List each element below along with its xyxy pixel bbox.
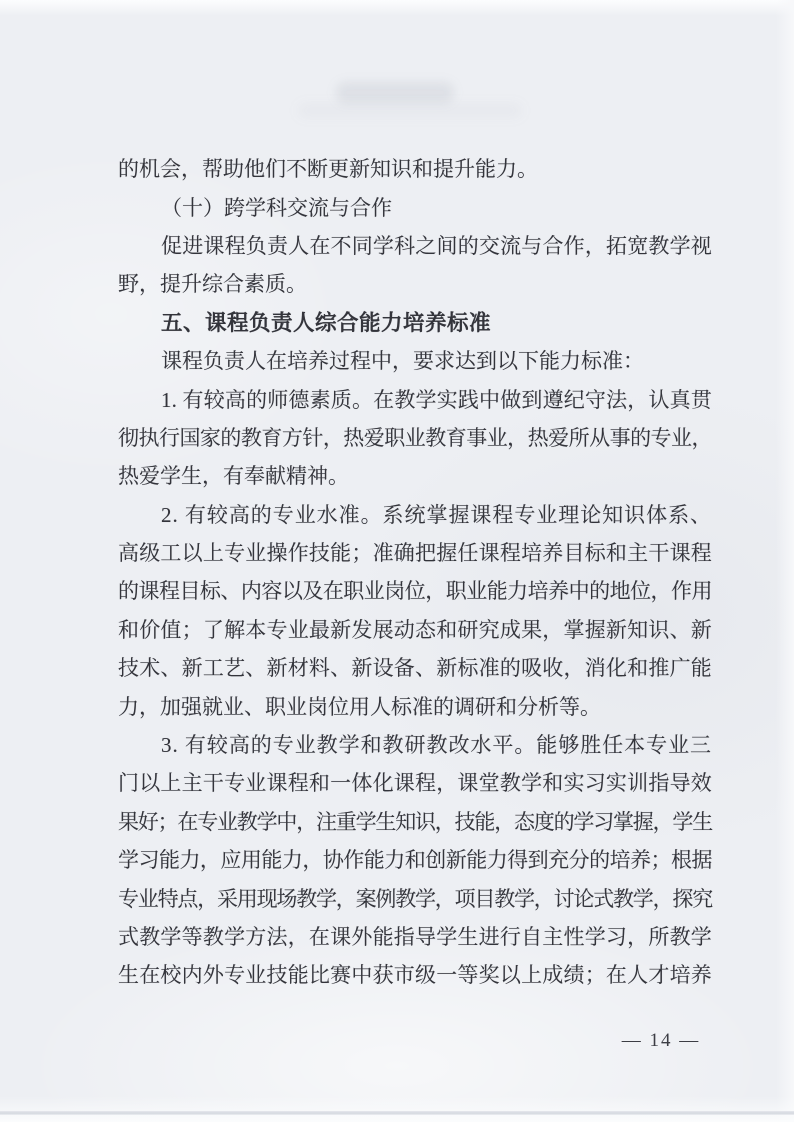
text-line: 门以上主干专业课程和一体化课程，课堂教学和实习实训指导效 (118, 763, 712, 801)
text-line-content: 学习能力，应用能力，协作能力和创新能力得到充分的培养；根据 (118, 844, 712, 874)
text-line: 课程负责人在培养过程中，要求达到以下能力标准： (118, 341, 712, 379)
text-line: 式教学等教学方法，在课外能指导学生进行自主性学习，所教学 (118, 917, 712, 955)
text-line-content: 热爱学生，有奉献精神。 (118, 460, 349, 490)
text-line: 技术、新工艺、新材料、新设备、新标准的吸收，消化和推广能 (118, 648, 712, 686)
text-line-content: 果好；在专业教学中，注重学生知识，技能，态度的学习掌握，学生 (118, 806, 712, 836)
text-line-content: 门以上主干专业课程和一体化课程，课堂教学和实习实训指导效 (118, 767, 712, 797)
text-line: （十）跨学科交流与合作 (118, 187, 712, 225)
text-line: 力，加强就业、职业岗位用人标准的调研和分析等。 (118, 686, 712, 724)
text-line: 的课程目标、内容以及在职业岗位，职业能力培养中的地位，作用 (118, 571, 712, 609)
scan-edge-right (776, 0, 794, 1122)
text-line-content: 力，加强就业、职业岗位用人标准的调研和分析等。 (118, 691, 601, 721)
text-line-content: 高级工以上专业操作技能；准确把握任课程培养目标和主干课程 (118, 537, 712, 567)
text-line: 野，提升综合素质。 (118, 264, 712, 302)
text-line: 学习能力，应用能力，协作能力和创新能力得到充分的培养；根据 (118, 840, 712, 878)
text-line: 的机会，帮助他们不断更新知识和提升能力。 (118, 149, 712, 187)
text-line-content: 技术、新工艺、新材料、新设备、新标准的吸收，消化和推广能 (118, 652, 712, 682)
section-heading: 五、课程负责人综合能力培养标准 (118, 303, 712, 341)
text-line-content: 和价值；了解本专业最新发展动态和研究成果，掌握新知识、新 (118, 614, 712, 644)
text-line-content: 式教学等教学方法，在课外能指导学生进行自主性学习，所教学 (118, 921, 712, 951)
text-line-content: 课程负责人在培养过程中，要求达到以下能力标准： (161, 345, 644, 375)
text-line: 2. 有较高的专业水准。系统掌握课程专业理论知识体系、 (118, 495, 712, 533)
text-line-content: 生在校内外专业技能比赛中获市级一等奖以上成绩；在人才培养 (118, 959, 712, 989)
text-line: 专业特点，采用现场教学，案例教学，项目教学，讨论式教学，探究 (118, 878, 712, 916)
text-line: 促进课程负责人在不同学科之间的交流与合作，拓宽教学视 (118, 226, 712, 264)
text-line-content: （十）跨学科交流与合作 (161, 192, 392, 222)
bleedthrough-smudge (298, 104, 522, 117)
text-line-content: 彻执行国家的教育方针，热爱职业教育事业，热爱所从事的专业， (118, 422, 712, 452)
text-line: 热爱学生，有奉献精神。 (118, 456, 712, 494)
text-line: 果好；在专业教学中，注重学生知识，技能，态度的学习掌握，学生 (118, 802, 712, 840)
text-line-content: 2. 有较高的专业水准。系统掌握课程专业理论知识体系、 (161, 499, 712, 529)
text-line-content: 五、课程负责人综合能力培养标准 (161, 306, 491, 337)
text-line: 高级工以上专业操作技能；准确把握任课程培养目标和主干课程 (118, 533, 712, 571)
scan-edge-top (0, 0, 794, 16)
text-line-content: 促进课程负责人在不同学科之间的交流与合作，拓宽教学视 (161, 230, 712, 260)
scanned-page: 的机会，帮助他们不断更新知识和提升能力。（十）跨学科交流与合作促进课程负责人在不… (0, 0, 794, 1122)
text-line-content: 3. 有较高的专业教学和教研教改水平。能够胜任本专业三 (161, 729, 712, 759)
text-line: 彻执行国家的教育方针，热爱职业教育事业，热爱所从事的专业， (118, 418, 712, 456)
bleedthrough-smudge (336, 82, 454, 103)
text-line-content: 野，提升综合素质。 (118, 268, 307, 298)
scan-edge-line (0, 1111, 794, 1115)
document-body: 的机会，帮助他们不断更新知识和提升能力。（十）跨学科交流与合作促进课程负责人在不… (118, 149, 712, 994)
text-line: 3. 有较高的专业教学和教研教改水平。能够胜任本专业三 (118, 725, 712, 763)
text-line-content: 1. 有较高的师德素质。在教学实践中做到遵纪守法，认真贯 (161, 384, 712, 414)
scan-edge-bottom (0, 1096, 794, 1122)
text-line: 生在校内外专业技能比赛中获市级一等奖以上成绩；在人才培养 (118, 955, 712, 993)
text-line-content: 的机会，帮助他们不断更新知识和提升能力。 (118, 153, 538, 183)
text-line-content: 专业特点，采用现场教学，案例教学，项目教学，讨论式教学，探究 (118, 883, 712, 913)
text-line-content: 的课程目标、内容以及在职业岗位，职业能力培养中的地位，作用 (118, 575, 712, 605)
text-line: 1. 有较高的师德素质。在教学实践中做到遵纪守法，认真贯 (118, 379, 712, 417)
page-number: — 14 — (606, 1030, 716, 1056)
text-line: 和价值；了解本专业最新发展动态和研究成果，掌握新知识、新 (118, 610, 712, 648)
